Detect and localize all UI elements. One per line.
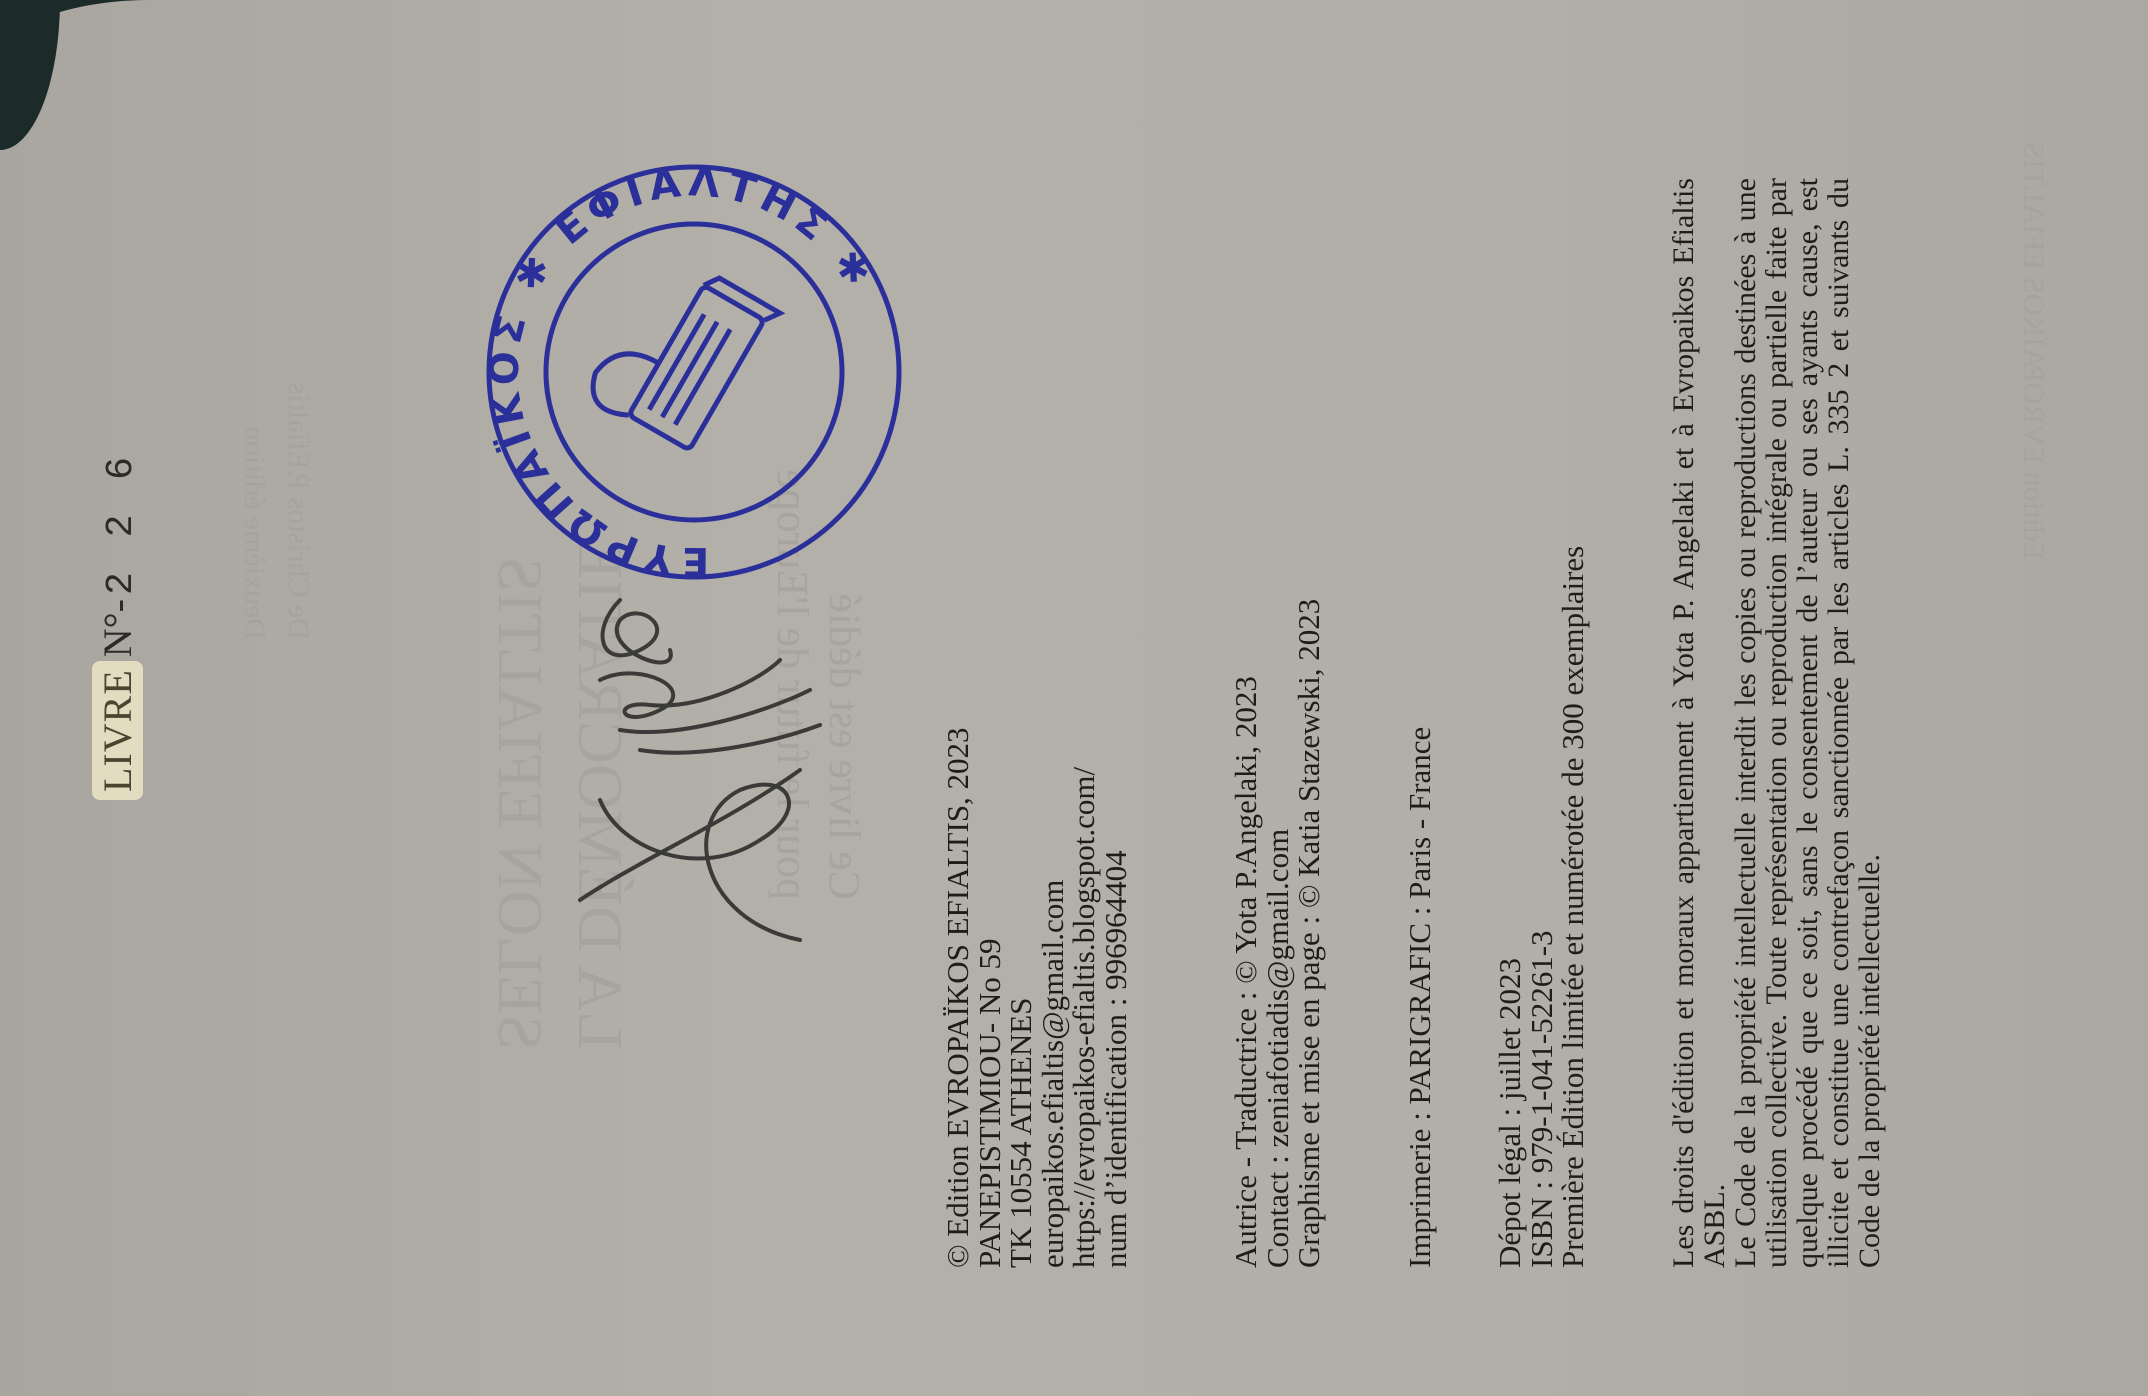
isbn-line: ISBN : 979-1-041-52261-3 bbox=[1526, 546, 1558, 1268]
tablet-stele-icon bbox=[582, 248, 780, 461]
book-number: LIVRE N°- 2 2 6 bbox=[92, 451, 143, 800]
rights-code: Le Code de la propriété intellectuelle i… bbox=[1730, 178, 1885, 1268]
bleed-through-footer: Edition EVROPAÏKOS EFIALTIS bbox=[2016, 142, 2050, 560]
edition-line: Première Édition limitée et numérotée de… bbox=[1557, 546, 1589, 1268]
printer-block: Imprimerie : PARIGRAFIC : Paris - France bbox=[1404, 727, 1436, 1268]
copyright-line: © Edition EVROPAÏKOS EFIALTIS, 2023 bbox=[942, 727, 974, 1268]
credits-block: Autrice - Traductrice : © Yota P.Angelak… bbox=[1230, 599, 1325, 1268]
website-line: https://evropaikos-efialtis.blogspot.com… bbox=[1068, 727, 1100, 1268]
handwritten-signature-icon bbox=[560, 540, 860, 980]
design-line: Graphisme et mise en page : © Katia Staz… bbox=[1293, 599, 1325, 1268]
rights-notice: Les droits d'édition et moraux appartien… bbox=[1668, 178, 1885, 1268]
deposit-date-line: Dépot légal : juillet 2023 bbox=[1494, 546, 1526, 1268]
legal-deposit-block: Dépot légal : juillet 2023 ISBN : 979-1-… bbox=[1494, 546, 1589, 1268]
book-serial-number: 2 2 6 bbox=[100, 451, 143, 595]
address-line: PANEPISTIMIOU- No 59 bbox=[974, 727, 1006, 1268]
livre-label: LIVRE bbox=[92, 661, 143, 800]
background-corner bbox=[0, 0, 60, 150]
author-line: Autrice - Traductrice : © Yota P.Angelak… bbox=[1230, 599, 1262, 1268]
email-line: europaikos.efialtis@gmail.com bbox=[1037, 727, 1069, 1268]
printer-line: Imprimerie : PARIGRAFIC : Paris - France bbox=[1404, 727, 1436, 1268]
postcode-line: TK 10554 ATHENES bbox=[1005, 727, 1037, 1268]
contact-line: Contact : zeniafotiadis@gmail.com bbox=[1262, 599, 1294, 1268]
publisher-stamp-icon: ΕΥΡΩΠΑΪΚΟΣ ✱ ΕΦΙΑΛΤΗΣ ✱ bbox=[474, 152, 914, 592]
bleed-through-small: De Christos P.Efialtis Deuxième édition bbox=[232, 382, 320, 640]
number-prefix: N°- bbox=[95, 599, 140, 657]
id-number-line: num d’identification : 996964404 bbox=[1100, 727, 1132, 1268]
printed-page: LA DÉMOCRATIE SELON EFIALTIS Ce livre es… bbox=[0, 0, 2148, 1396]
rights-ownership: Les droits d'édition et moraux appartien… bbox=[1668, 178, 1730, 1268]
publisher-block: © Edition EVROPAÏKOS EFIALTIS, 2023 PANE… bbox=[942, 727, 1131, 1268]
